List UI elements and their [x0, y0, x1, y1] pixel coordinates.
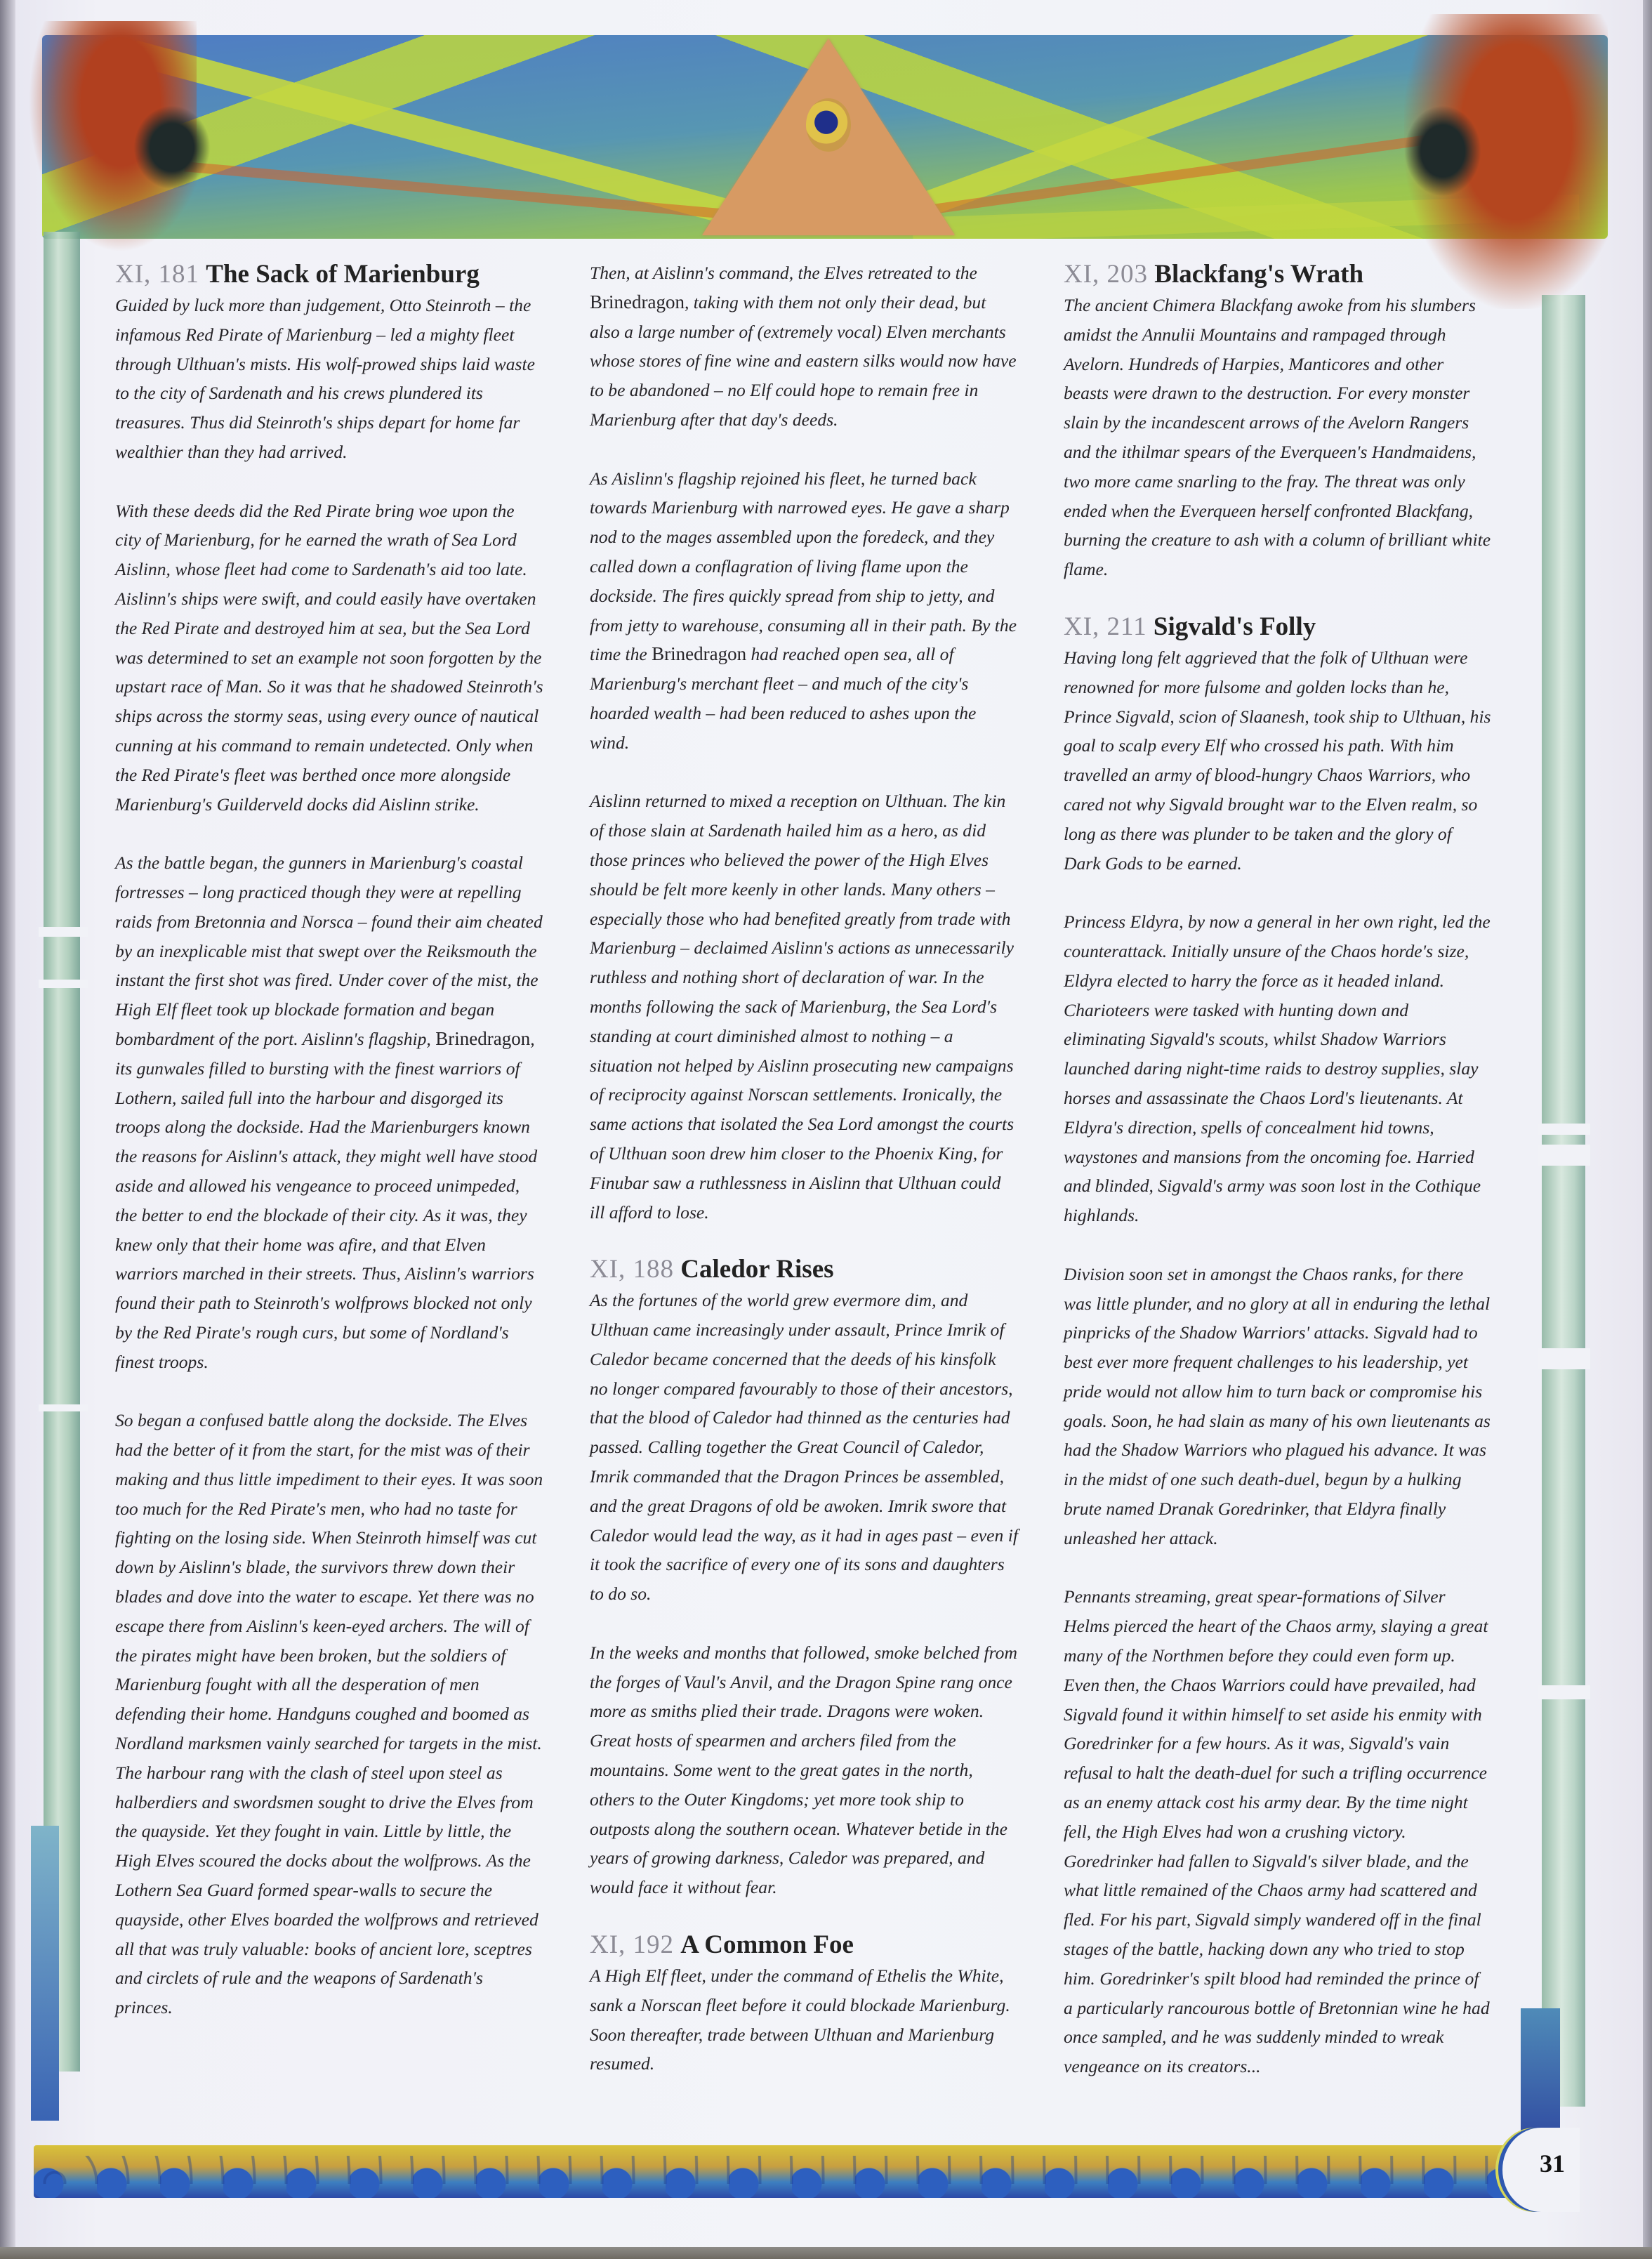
body-paragraph: With these deeds did the Red Pirate brin… — [115, 496, 543, 819]
text-run: , taking with them not only their dead, … — [590, 292, 1017, 430]
wave-crests — [34, 2156, 1529, 2184]
text-run: As Aislinn's flagship rejoined his fleet… — [590, 468, 1017, 665]
dragon-right-shadow — [1404, 105, 1481, 197]
scanner-edge — [0, 2247, 1652, 2259]
body-paragraph: Pennants streaming, great spear-formatio… — [1064, 1582, 1492, 2081]
body-paragraph: Princess Eldyra, by now a general in her… — [1064, 907, 1492, 1230]
entry-title: Caledor Rises — [680, 1255, 833, 1284]
text-run: Guided by luck more than judgement, Otto… — [115, 295, 535, 462]
text-run: As the fortunes of the world grew evermo… — [590, 1290, 1018, 1604]
body-paragraph: As the battle began, the gunners in Mari… — [115, 848, 543, 1376]
entry-heading: XI, 181 The Sack of Marienburg — [115, 258, 543, 291]
timeline-entry: XI, 192 A Common FoeA High Elf fleet, un… — [590, 1929, 1018, 2079]
ship-name: Brinedragon — [590, 291, 685, 312]
body-paragraph: Division soon set in amongst the Chaos r… — [1064, 1260, 1492, 1553]
eye-swirl-icon — [806, 98, 851, 152]
entry-heading: XI, 188 Caledor Rises — [590, 1253, 1018, 1286]
text-run: With these deeds did the Red Pirate brin… — [115, 501, 543, 815]
body-paragraph: The ancient Chimera Blackfang awoke from… — [1064, 291, 1492, 584]
entry-date: XI, 211 — [1064, 612, 1147, 641]
timeline-entry: Then, at Aislinn's command, the Elves re… — [590, 258, 1018, 1227]
left-pillar-base — [31, 1826, 59, 2121]
text-run: A High Elf fleet, under the command of E… — [590, 1965, 1010, 2074]
page-edge — [1643, 0, 1652, 2259]
entry-date: XI, 188 — [590, 1255, 674, 1284]
entry-title: Blackfang's Wrath — [1154, 260, 1363, 289]
binding-shadow — [0, 0, 15, 2247]
entry-title: Sigvald's Folly — [1154, 612, 1316, 641]
body-paragraph: Then, at Aislinn's command, the Elves re… — [590, 258, 1018, 435]
entry-heading: XI, 192 A Common Foe — [590, 1929, 1018, 1961]
text-run: In the weeks and months that followed, s… — [590, 1642, 1017, 1897]
text-run: As the battle began, the gunners in Mari… — [115, 852, 543, 1049]
page-number: 31 — [1540, 2149, 1565, 2178]
text-run: Pennants streaming, great spear-formatio… — [1064, 1586, 1490, 2076]
body-paragraph: As the fortunes of the world grew evermo… — [590, 1286, 1018, 1609]
entry-heading: XI, 203 Blackfang's Wrath — [1064, 258, 1492, 291]
text-run: The ancient Chimera Blackfang awoke from… — [1064, 295, 1491, 579]
body-paragraph: Aislinn returned to mixed a reception on… — [590, 786, 1018, 1227]
entry-date: XI, 203 — [1064, 260, 1148, 289]
body-paragraph: So began a confused battle along the doc… — [115, 1406, 543, 2022]
timeline-entry: XI, 188 Caledor RisesAs the fortunes of … — [590, 1253, 1018, 1902]
entry-heading: XI, 211 Sigvald's Folly — [1064, 611, 1492, 643]
timeline-entry: XI, 203 Blackfang's WrathThe ancient Chi… — [1064, 258, 1492, 584]
text-run: Princess Eldyra, by now a general in her… — [1064, 911, 1491, 1225]
text-column-2: Then, at Aislinn's command, the Elves re… — [590, 258, 1018, 2079]
text-run: So began a confused battle along the doc… — [115, 1410, 543, 2017]
entry-date: XI, 192 — [590, 1930, 674, 1959]
entry-date: XI, 181 — [115, 260, 199, 289]
text-run: , its gunwales filled to bursting with t… — [115, 1029, 537, 1372]
book-page: 31 XI, 181 The Sack of MarienburgGuided … — [0, 0, 1643, 2247]
dragon-left-shadow — [133, 105, 211, 190]
text-run: Then, at Aislinn's command, the Elves re… — [590, 263, 977, 283]
body-paragraph: A High Elf fleet, under the command of E… — [590, 1961, 1018, 2079]
ship-name: Brinedragon — [652, 643, 746, 664]
text-column-3: XI, 203 Blackfang's WrathThe ancient Chi… — [1064, 258, 1492, 2081]
timeline-entry: XI, 211 Sigvald's FollyHaving long felt … — [1064, 611, 1492, 2081]
ship-name: Brinedragon — [435, 1028, 530, 1049]
body-paragraph: In the weeks and months that followed, s… — [590, 1638, 1018, 1902]
entry-title: A Common Foe — [680, 1930, 854, 1959]
body-paragraph: Having long felt aggrieved that the folk… — [1064, 643, 1492, 878]
entry-title: The Sack of Marienburg — [206, 260, 480, 289]
text-run: Aislinn returned to mixed a reception on… — [590, 791, 1014, 1222]
right-stone-pillar — [1542, 295, 1585, 2107]
body-paragraph: Guided by luck more than judgement, Otto… — [115, 291, 543, 467]
text-column-1: XI, 181 The Sack of MarienburgGuided by … — [115, 258, 543, 2022]
body-paragraph: As Aislinn's flagship rejoined his fleet… — [590, 464, 1018, 758]
left-stone-pillar — [44, 232, 80, 2072]
timeline-entry: XI, 181 The Sack of MarienburgGuided by … — [115, 258, 543, 2022]
text-run: Having long felt aggrieved that the folk… — [1064, 647, 1491, 874]
text-run: Division soon set in amongst the Chaos r… — [1064, 1264, 1491, 1548]
